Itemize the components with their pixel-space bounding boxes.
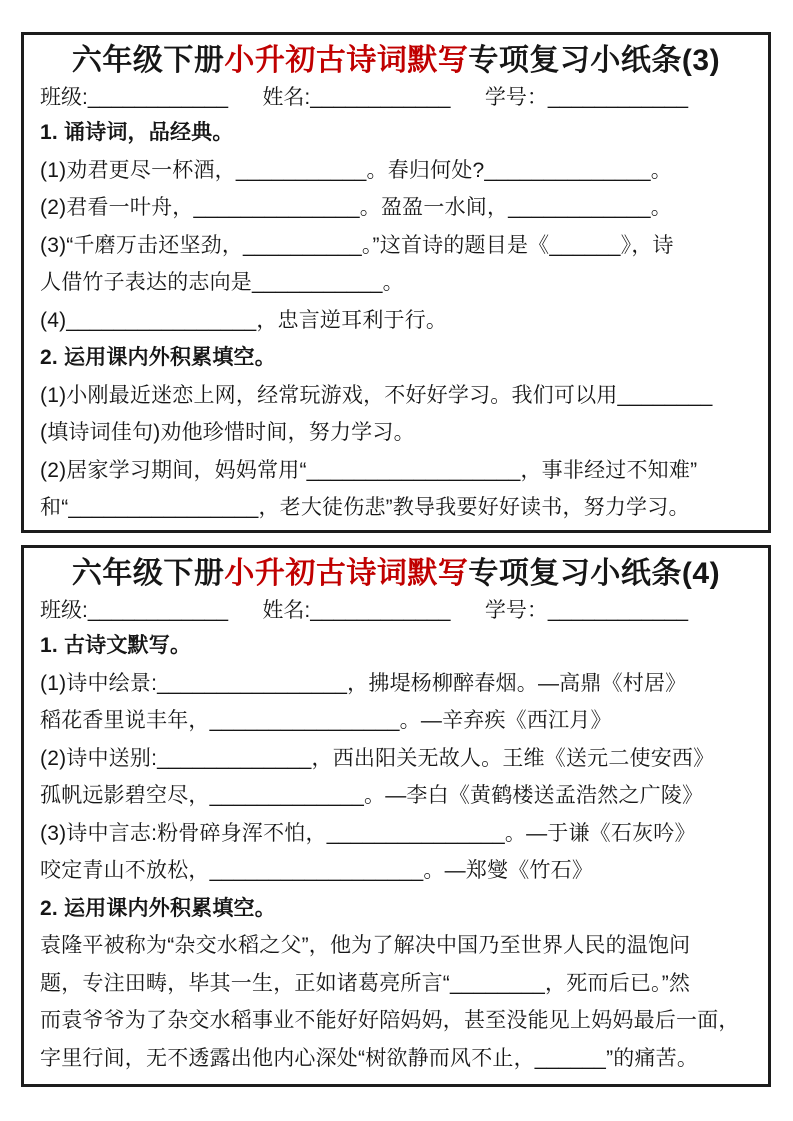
card3-title-prefix: 六年级下册 [72, 44, 225, 77]
card4-title-highlight: 小升初古诗词默写 [224, 557, 468, 590]
exercise-line: 人借竹子表达的志向是___________。 [40, 264, 752, 302]
class-blank: ____________ [88, 86, 228, 109]
exercise-line: 孤帆远影碧空尽，_____________。—李白《黄鹤楼送孟浩然之广陵》 [40, 777, 752, 815]
card4-section1-heading: 1. 古诗文默写。 [40, 627, 752, 665]
card4-title: 六年级下册小升初古诗词默写专项复习小纸条(4) [40, 553, 752, 594]
student-id-field: 学号：____________ [485, 594, 688, 627]
exercise-line: (3)“千磨万击还坚劲，__________。”这首诗的题目是《______》，… [40, 227, 752, 265]
card3-title-highlight: 小升初古诗词默写 [224, 44, 468, 77]
card4-title-suffix: 专项复习小纸条(4) [468, 557, 720, 590]
exercise-line: (1)诗中绘景:________________，拂堤杨柳醉春烟。—高鼎《村居》 [40, 665, 752, 703]
card3-title-suffix: 专项复习小纸条(3) [468, 44, 720, 77]
exercise-line: 和“________________，老大徒伤悲”教导我要好好读书，努力学习。 [40, 489, 752, 527]
paragraph-line: 而袁爷爷为了杂交水稻事业不能好好陪妈妈，甚至没能见上妈妈最后一面， [40, 1002, 752, 1040]
name-label: 姓名: [262, 86, 310, 109]
card3-section1-heading: 1. 诵诗词，品经典。 [40, 114, 752, 152]
worksheet-card-3: 六年级下册小升初古诗词默写专项复习小纸条(3) 班级:____________ … [21, 32, 771, 533]
exercise-line: (2)居家学习期间，妈妈常用“__________________，事非经过不知… [40, 452, 752, 490]
exercise-line: 稻花香里说丰年，________________。—辛弃疾《西江月》 [40, 702, 752, 740]
card3-title: 六年级下册小升初古诗词默写专项复习小纸条(3) [40, 40, 752, 81]
paragraph-line: 题，专注田畴，毕其一生，正如诸葛亮所言“________，死而后已。”然 [40, 965, 752, 1003]
student-id-label: 学号： [485, 86, 548, 109]
card4-student-info-row: 班级:____________ 姓名:____________ 学号：_____… [40, 594, 752, 627]
name-blank: ____________ [310, 86, 450, 109]
student-id-blank: ____________ [548, 86, 688, 109]
name-blank: ____________ [310, 599, 450, 622]
exercise-line: (4)________________，忠言逆耳利于行。 [40, 302, 752, 340]
card3-student-info-row: 班级:____________ 姓名:____________ 学号：_____… [40, 81, 752, 114]
class-field: 班级:____________ [40, 594, 228, 627]
card4-section2-heading: 2. 运用课内外积累填空。 [40, 890, 752, 928]
exercise-line: (3)诗中言志:粉骨碎身浑不怕，_______________。—于谦《石灰吟》 [40, 815, 752, 853]
exercise-line: 咬定青山不放松，__________________。—郑燮《竹石》 [40, 852, 752, 890]
exercise-line: (1)劝君更尽一杯酒，___________。春归何处?____________… [40, 152, 752, 190]
exercise-line: (填诗词佳句)劝他珍惜时间，努力学习。 [40, 414, 752, 452]
worksheet-card-4: 六年级下册小升初古诗词默写专项复习小纸条(4) 班级:____________ … [21, 545, 771, 1087]
card3-section2-heading: 2. 运用课内外积累填空。 [40, 339, 752, 377]
name-field: 姓名:____________ [262, 594, 450, 627]
name-field: 姓名:____________ [262, 81, 450, 114]
student-id-label: 学号： [485, 599, 548, 622]
name-label: 姓名: [262, 599, 310, 622]
class-blank: ____________ [88, 599, 228, 622]
paragraph-line: 袁隆平被称为“杂交水稻之父”，他为了解决中国乃至世界人民的温饱问 [40, 927, 752, 965]
student-id-blank: ____________ [548, 599, 688, 622]
student-id-field: 学号：____________ [485, 81, 688, 114]
class-label: 班级: [40, 599, 88, 622]
exercise-line: (2)君看一叶舟，______________。盈盈一水间，__________… [40, 189, 752, 227]
exercise-line: (2)诗中送别:_____________，西出阳关无故人。王维《送元二使安西》 [40, 740, 752, 778]
class-field: 班级:____________ [40, 81, 228, 114]
class-label: 班级: [40, 86, 88, 109]
paragraph-line: 字里行间，无不透露出他内心深处“树欲静而风不止，______”的痛苦。 [40, 1040, 752, 1078]
card4-title-prefix: 六年级下册 [72, 557, 225, 590]
exercise-line: (1)小刚最近迷恋上网，经常玩游戏，不好好学习。我们可以用________ [40, 377, 752, 415]
